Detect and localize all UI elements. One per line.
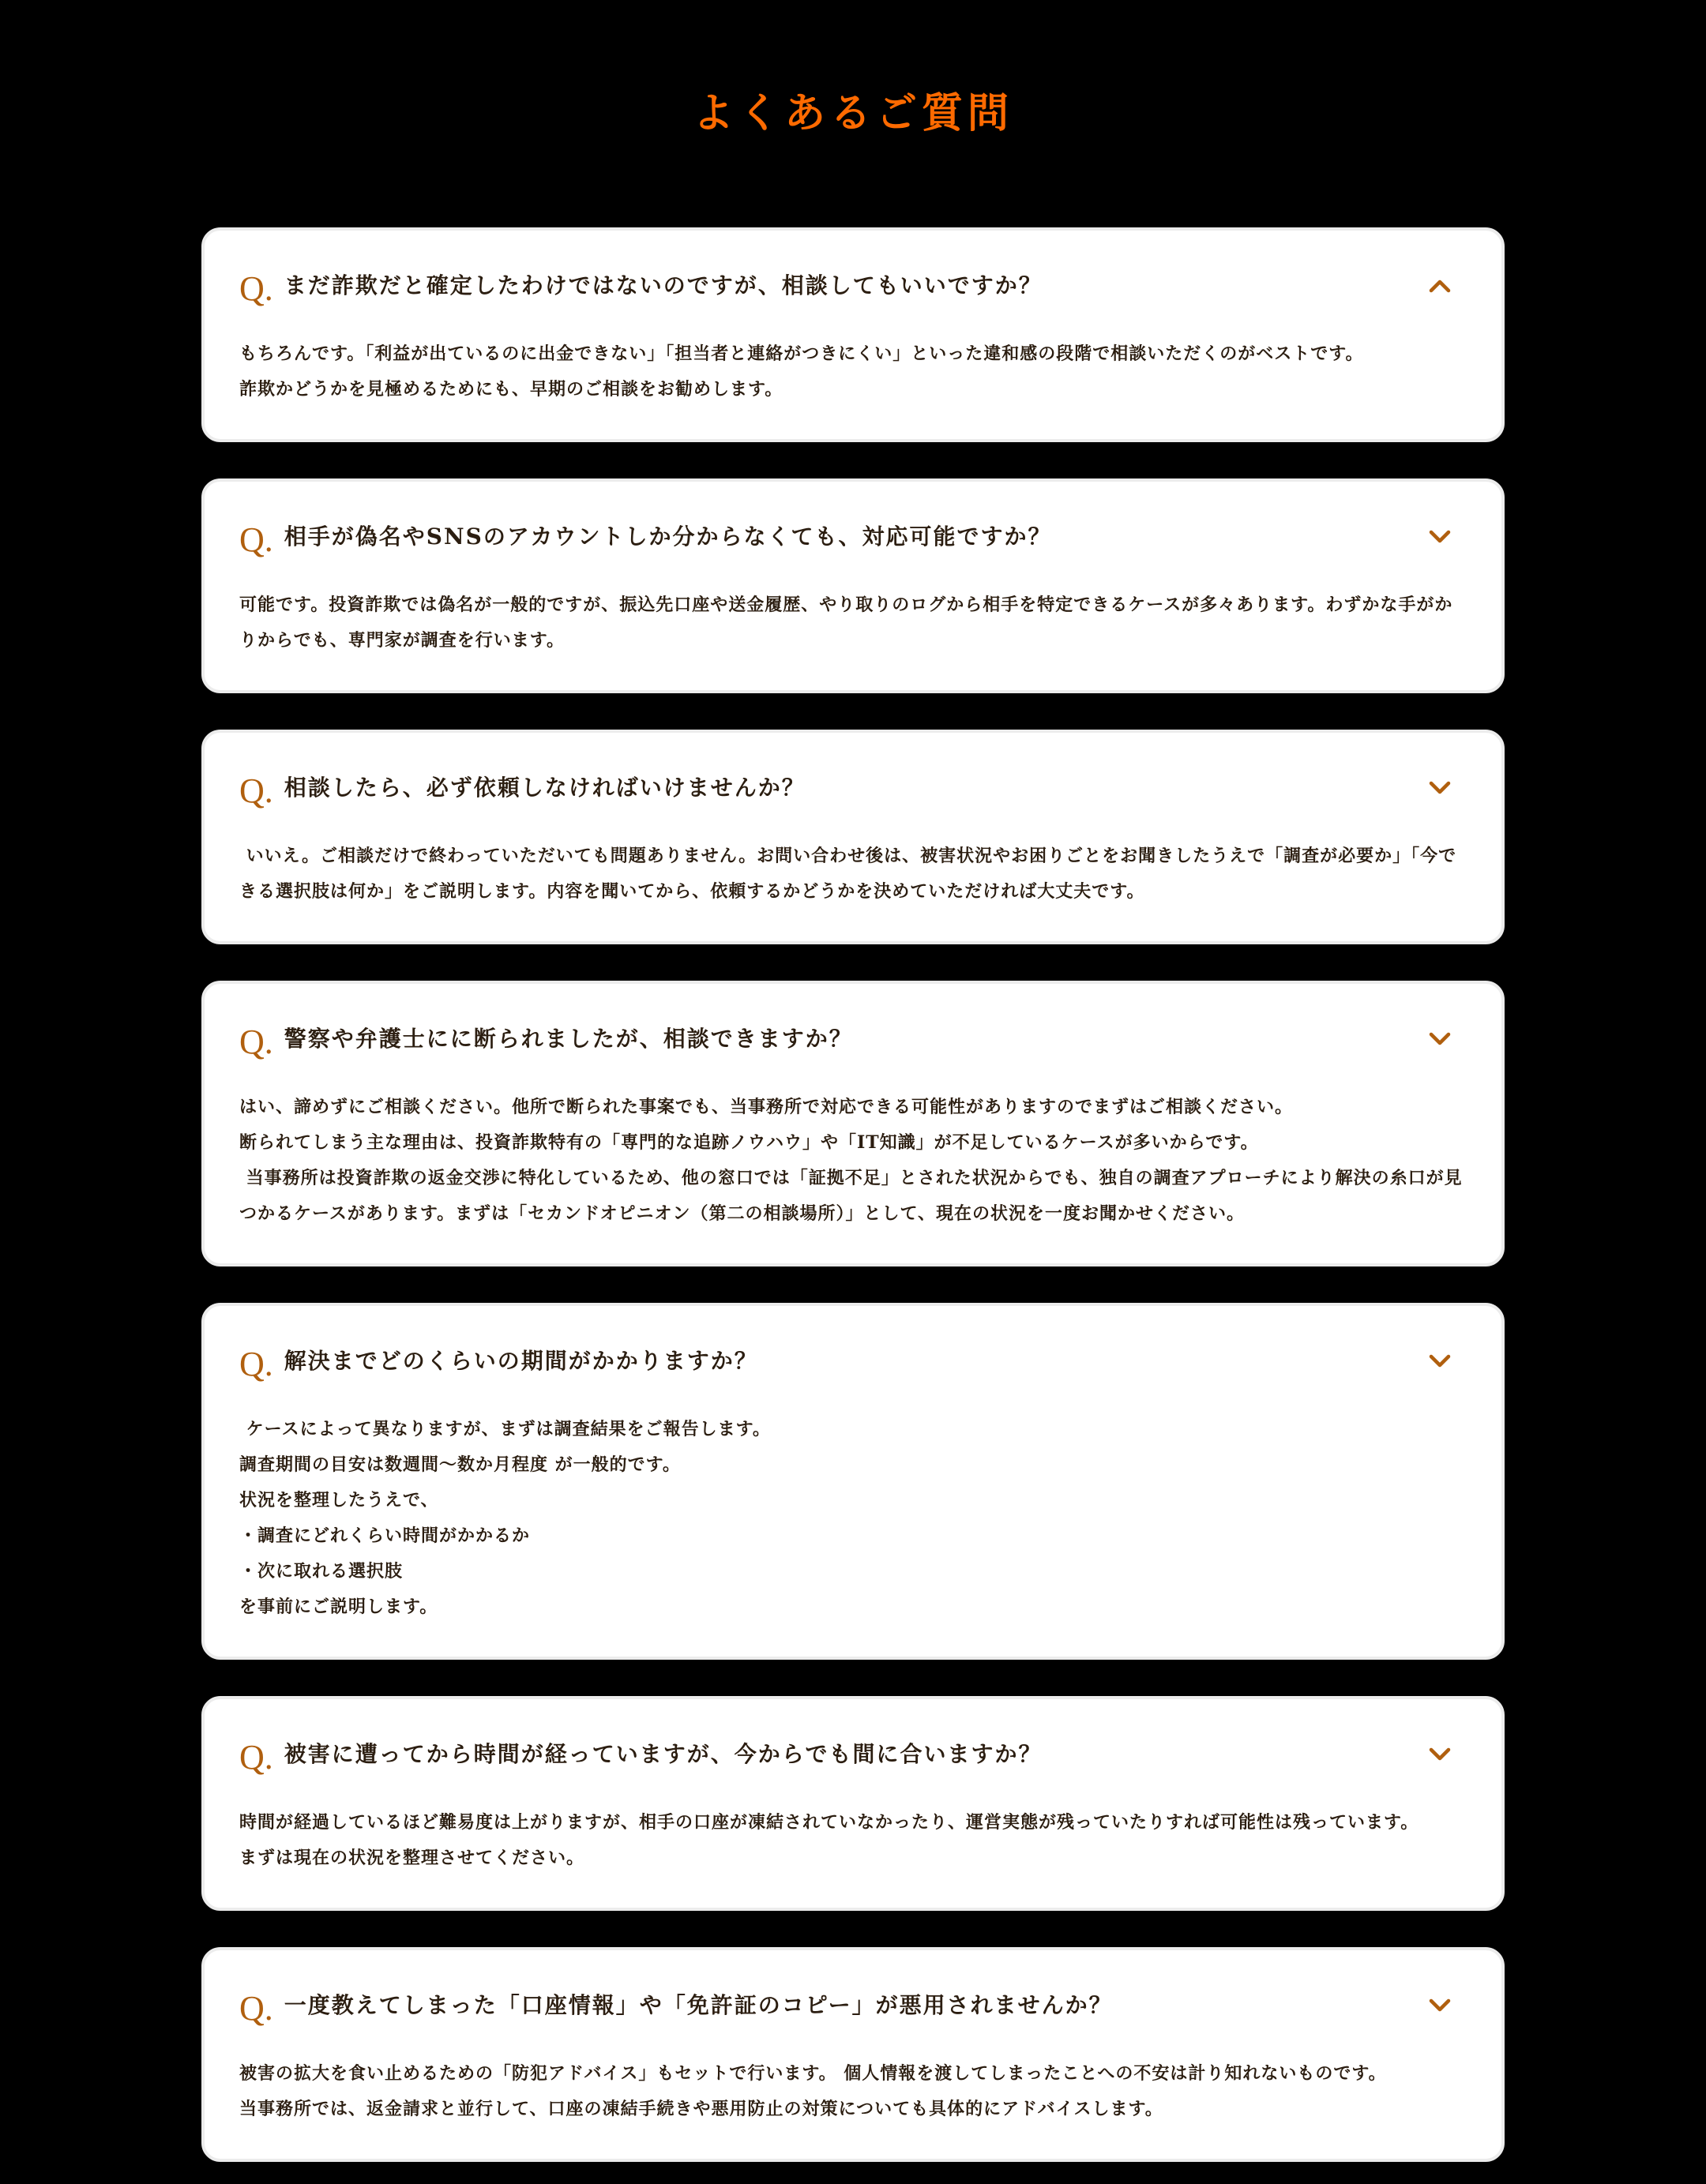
answer-text: 可能です。投資詐欺では偽名が一般的ですが、振込先口座や送金履歴、やり取りのログか… bbox=[239, 586, 1464, 659]
question-text: 解決までどのくらいの期間がかかりますか？ bbox=[284, 1347, 1424, 1375]
chevron-down-icon[interactable] bbox=[1424, 1739, 1456, 1770]
faq-list: Q. まだ詐欺だと確定したわけではないのですが、相談してもいいですか？ もちろん… bbox=[201, 227, 1505, 2162]
q-label: Q. bbox=[239, 523, 273, 557]
chevron-down-icon[interactable] bbox=[1424, 772, 1456, 804]
chevron-down-icon[interactable] bbox=[1424, 1990, 1456, 2021]
chevron-down-icon[interactable] bbox=[1424, 521, 1456, 553]
answer-text: いいえ。ご相談だけで終わっていただいても問題ありません。お問い合わせ後は、被害状… bbox=[239, 837, 1464, 910]
faq-item-6: Q. 被害に遭ってから時間が経っていますが、今からでも間に合いますか？ 時間が経… bbox=[201, 1696, 1505, 1911]
faq-question-toggle[interactable]: Q. 解決までどのくらいの期間がかかりますか？ bbox=[239, 1306, 1464, 1410]
q-label: Q. bbox=[239, 272, 273, 306]
q-label: Q. bbox=[239, 774, 273, 809]
q-label: Q. bbox=[239, 1347, 273, 1382]
q-label: Q. bbox=[239, 1740, 273, 1775]
faq-question-toggle[interactable]: Q. 被害に遭ってから時間が経っていますが、今からでも間に合いますか？ bbox=[239, 1699, 1464, 1803]
answer-text: ケースによって異なりますが、まずは調査結果をご報告します。 調査期間の目安は数週… bbox=[239, 1410, 1464, 1625]
question-text: 警察や弁護士にに断られましたが、相談できますか？ bbox=[284, 1025, 1424, 1053]
answer-text: 被害の拡大を食い止めるための「防犯アドバイス」もセットで行います。 個人情報を渡… bbox=[239, 2055, 1464, 2127]
faq-item-5: Q. 解決までどのくらいの期間がかかりますか？ ケースによって異なりますが、まず… bbox=[201, 1303, 1505, 1660]
question-text: 一度教えてしまった「口座情報」や「免許証のコピー」が悪用されませんか？ bbox=[284, 1991, 1424, 2020]
faq-item-2: Q. 相手が偽名やSNSのアカウントしか分からなくても、対応可能ですか？ 可能で… bbox=[201, 478, 1505, 693]
answer-text: はい、諦めずにご相談ください。他所で断られた事案でも、当事務所で対応できる可能性… bbox=[239, 1088, 1464, 1232]
question-text: まだ詐欺だと確定したわけではないのですが、相談してもいいですか？ bbox=[284, 272, 1424, 300]
faq-item-7: Q. 一度教えてしまった「口座情報」や「免許証のコピー」が悪用されませんか？ 被… bbox=[201, 1947, 1505, 2162]
faq-question-toggle[interactable]: Q. 相手が偽名やSNSのアカウントしか分からなくても、対応可能ですか？ bbox=[239, 482, 1464, 586]
faq-question-toggle[interactable]: Q. 相談したら、必ず依頼しなければいけませんか？ bbox=[239, 733, 1464, 837]
question-text: 被害に遭ってから時間が経っていますが、今からでも間に合いますか？ bbox=[284, 1740, 1424, 1769]
question-text: 相手が偽名やSNSのアカウントしか分からなくても、対応可能ですか？ bbox=[284, 523, 1424, 551]
answer-text: もちろんです。「利益が出ているのに出金できない」「担当者と連絡がつきにくい」とい… bbox=[239, 335, 1464, 407]
chevron-down-icon[interactable] bbox=[1424, 1345, 1456, 1377]
chevron-down-icon[interactable] bbox=[1424, 1023, 1456, 1055]
faq-item-4: Q. 警察や弁護士にに断られましたが、相談できますか？ はい、諦めずにご相談くだ… bbox=[201, 981, 1505, 1266]
question-text: 相談したら、必ず依頼しなければいけませんか？ bbox=[284, 774, 1424, 802]
faq-item-1: Q. まだ詐欺だと確定したわけではないのですが、相談してもいいですか？ もちろん… bbox=[201, 227, 1505, 442]
faq-question-toggle[interactable]: Q. 警察や弁護士にに断られましたが、相談できますか？ bbox=[239, 984, 1464, 1088]
answer-text: 時間が経過しているほど難易度は上がりますが、相手の口座が凍結されていなかったり、… bbox=[239, 1803, 1464, 1876]
faq-question-toggle[interactable]: Q. 一度教えてしまった「口座情報」や「免許証のコピー」が悪用されませんか？ bbox=[239, 1950, 1464, 2055]
faq-question-toggle[interactable]: Q. まだ詐欺だと確定したわけではないのですが、相談してもいいですか？ bbox=[239, 231, 1464, 335]
q-label: Q. bbox=[239, 1991, 273, 2026]
page-title: よくあるご質問 bbox=[0, 84, 1706, 144]
faq-item-3: Q. 相談したら、必ず依頼しなければいけませんか？ いいえ。ご相談だけで終わって… bbox=[201, 730, 1505, 944]
chevron-up-icon[interactable] bbox=[1424, 270, 1456, 302]
q-label: Q. bbox=[239, 1025, 273, 1060]
